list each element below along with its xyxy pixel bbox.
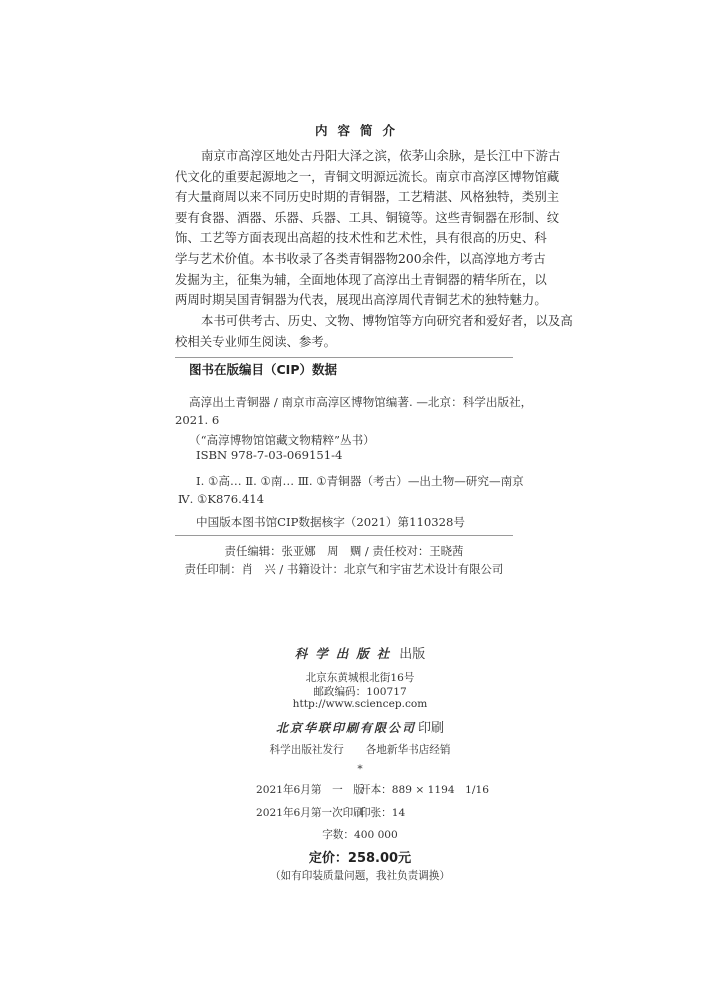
cip-verification: 中国版本图书馆CIP数据核字（2021）第110328号 [196,514,465,530]
intro-paragraph-1: 南京市高淳区地处古丹阳大泽之滨，依茅山余脉，是长江中下游古 代文化的重要起源地之… [175,146,513,311]
cip-subject-line-2: Ⅳ. ①K876.414 [178,492,264,506]
publisher-address: 北京东黄城根北街16号 [0,670,720,685]
publisher-suffix: 出版 [399,647,425,662]
printing-info: 2021年6月第一次印刷 [256,805,364,820]
text-line: 饰、工艺等方面表现出高超的技术性和艺术性，具有很高的历史、科 [175,228,513,249]
credits-line-2: 责任印制：肖 兴 / 书籍设计：北京气和宇宙艺术设计有限公司 [175,560,513,579]
word-count: 字数：400 000 [0,827,720,842]
cip-heading: 图书在版编目（CIP）数据 [189,360,337,378]
cip-entry-line-2: 2021. 6 [175,413,219,427]
publisher-website[interactable]: http://www.sciencep.com [0,698,720,710]
printer-line: 北京华联印刷有限公司印刷 [0,717,720,736]
price: 定价：258.00元 [0,847,720,866]
divider-top [175,357,513,358]
text-line: 南京市高淳区地处古丹阳大泽之滨，依茅山余脉，是长江中下游古 [175,146,513,167]
publisher-name: 科学出版社 [295,646,398,661]
credits-line-1: 责任编辑：张亚娜 周 赒 / 责任校对：王晓茜 [175,542,513,561]
sheets-info: 印张：14 [360,805,405,820]
text-line: 代文化的重要起源地之一，青铜文明源远流长。南京市高淳区博物馆藏 [175,167,513,188]
text-line: 有大量商周以来不同历史时期的青铜器，工艺精湛、风格独特，类别主 [175,187,513,208]
printer-name: 北京华联印刷有限公司 [276,721,416,735]
intro-paragraph-2: 本书可供考古、历史、文物、博物馆等方向研究者和爱好者，以及高 校相关专业师生阅读… [175,311,513,352]
distribution-line: 科学出版社发行各地新华书店经销 [0,742,720,757]
cip-series: （“高淳博物馆馆藏文物精粹”丛书） [189,432,375,448]
text-line: 校相关专业师生阅读、参考。 [175,332,513,353]
separator-asterisk: * [0,763,720,775]
cip-entry-line-1: 高淳出土青铜器 / 南京市高淳区博物馆编著. —北京：科学出版社， [189,394,532,410]
printer-suffix: 印刷 [418,721,444,736]
intro-title: 内容简介 [0,121,720,139]
distribution-right: 各地新华书店经销 [366,742,451,757]
text-line: 学与艺术价值。本书收录了各类青铜器物200余件，以高淳地方考古 [175,249,513,270]
edition-info: 2021年6月第 一 版 [256,782,364,797]
text-line: 两周时期吴国青铜器为代表，展现出高淳周代青铜艺术的独特魅力。 [175,290,513,311]
format-info: 开本：889 × 1194 1/16 [360,782,489,797]
divider-bottom [175,535,513,536]
publisher-line: 科学出版社出版 [0,643,720,662]
publisher-postcode: 邮政编码：100717 [0,684,720,699]
cip-subject-line-1: Ⅰ. ①高… Ⅱ. ①南… Ⅲ. ①青铜器（考古）—出土物—研究—南京 [196,473,524,489]
quality-note: （如有印装质量问题，我社负责调换） [0,868,720,883]
text-line: 发掘为主，征集为辅，全面地体现了高淳出土青铜器的精华所在，以 [175,270,513,291]
distribution-left: 科学出版社发行 [270,742,344,757]
cip-isbn: ISBN 978-7-03-069151-4 [196,448,342,462]
text-line: 本书可供考古、历史、文物、博物馆等方向研究者和爱好者，以及高 [175,311,513,332]
text-line: 要有食器、酒器、乐器、兵器、工具、铜镜等。这些青铜器在形制、纹 [175,208,513,229]
